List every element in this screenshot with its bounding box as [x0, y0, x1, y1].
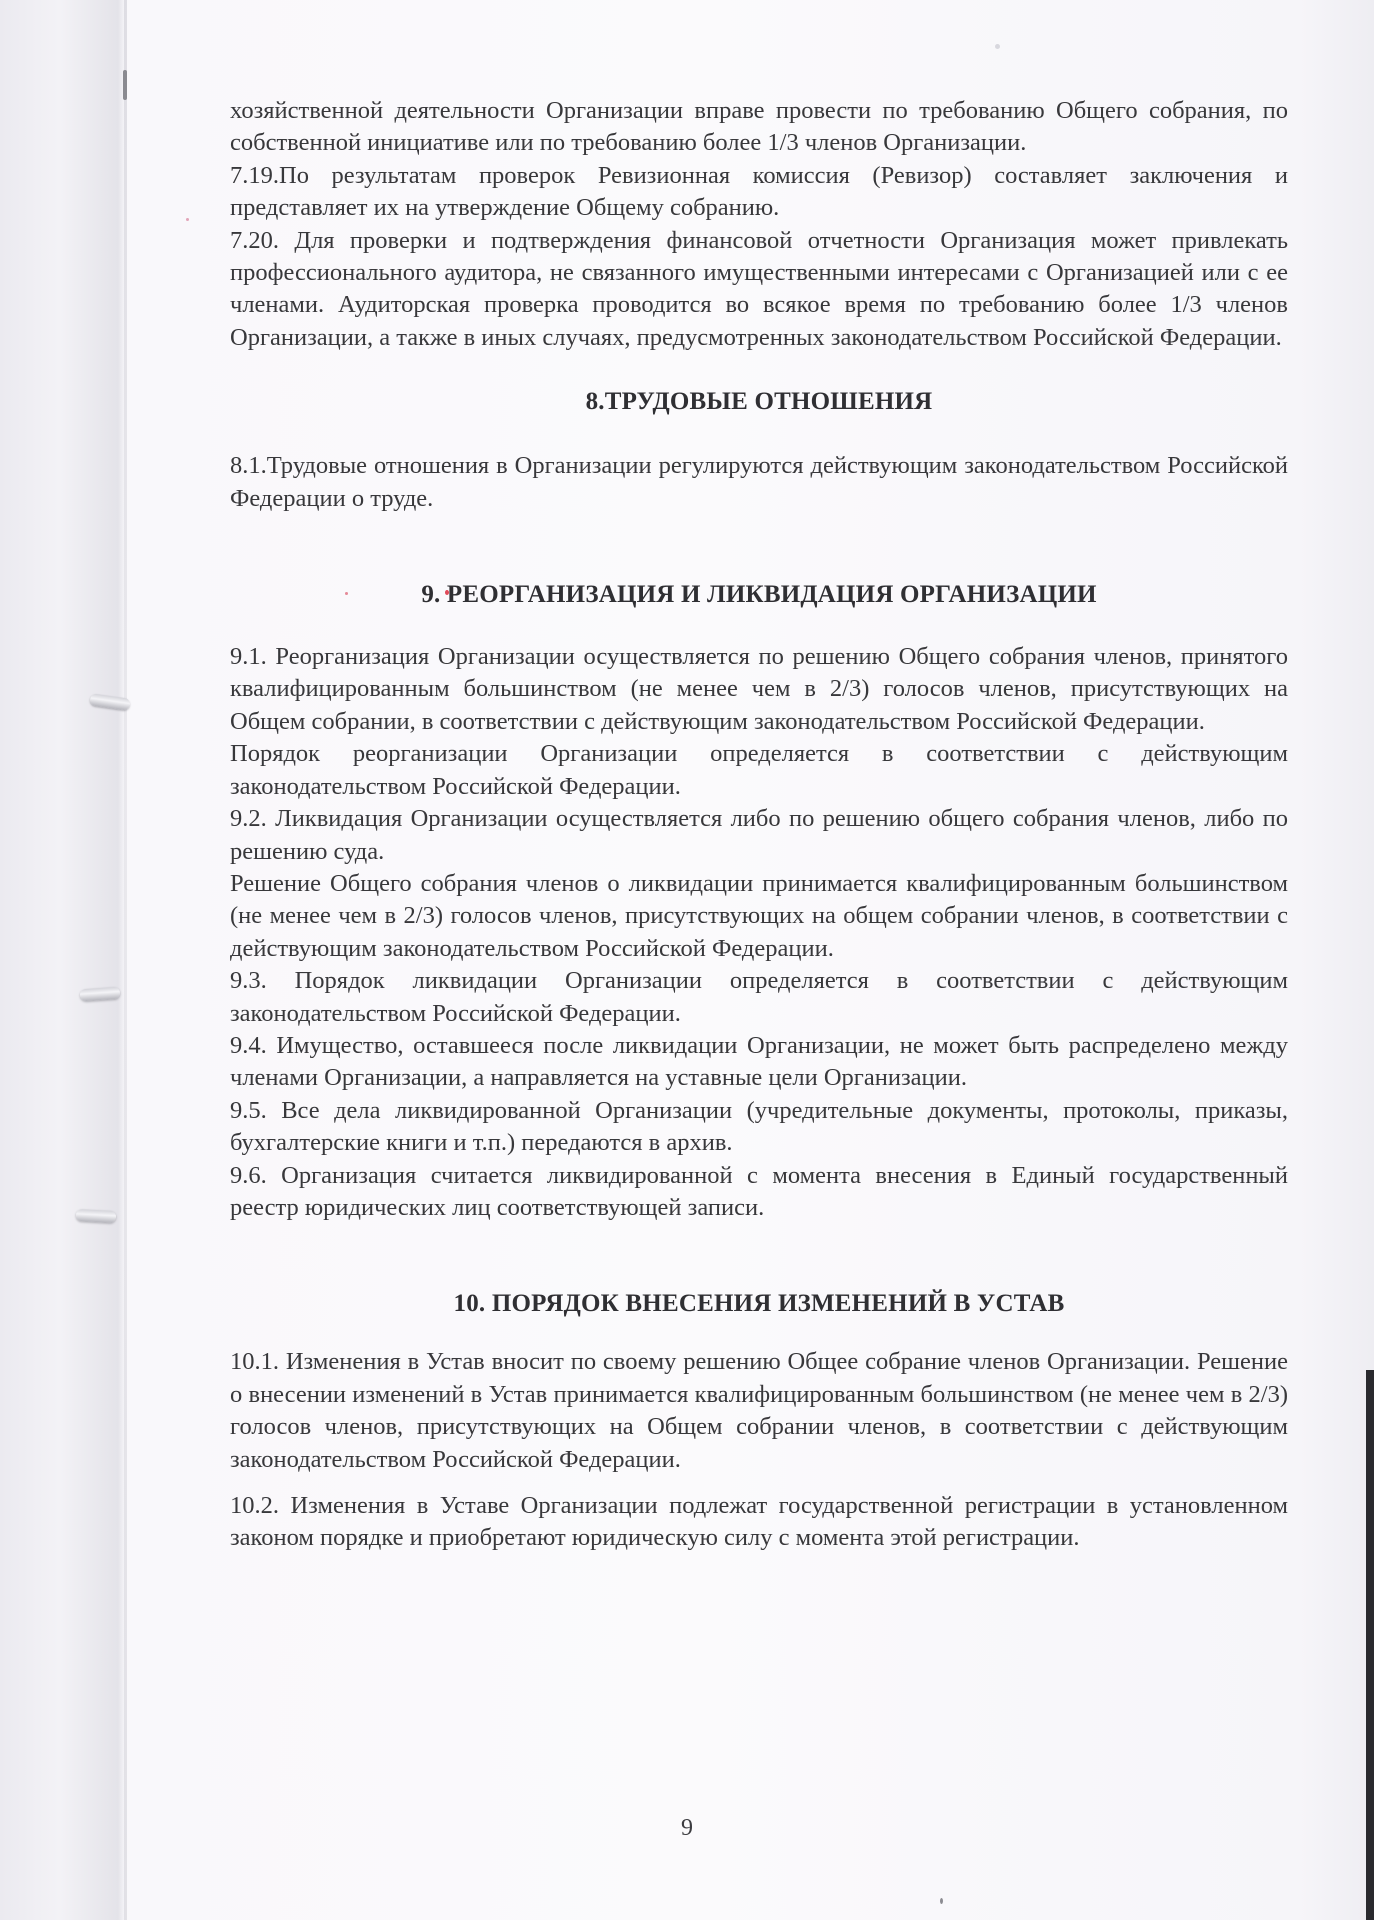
paragraph-9-1: 9.1. Реорганизация Организации осуществл…	[230, 641, 1288, 738]
binding-fold-line	[124, 0, 127, 1920]
paragraph-9-2: 9.2. Ликвидация Организации осуществляет…	[230, 803, 1288, 868]
paragraph-spacer	[230, 1476, 1288, 1490]
paragraph-10-2: 10.2. Изменения в Уставе Организации под…	[230, 1490, 1288, 1555]
paragraph-9-2-decision: Решение Общего собрания членов о ликвида…	[230, 868, 1288, 965]
section-heading-8: 8.ТРУДОВЫЕ ОТНОШЕНИЯ	[230, 388, 1288, 416]
paragraph-9-4: 9.4. Имущество, оставшееся после ликвида…	[230, 1030, 1288, 1095]
section-heading-9: 9. РЕОРГАНИЗАЦИЯ И ЛИКВИДАЦИЯ ОРГАНИЗАЦИ…	[230, 581, 1288, 609]
paragraph-7-20: 7.20. Для проверки и подтверждения финан…	[230, 225, 1288, 355]
binding-stitch	[76, 1209, 117, 1223]
section-heading-10: 10. ПОРЯДОК ВНЕСЕНИЯ ИЗМЕНЕНИЙ В УСТАВ	[230, 1290, 1288, 1318]
paragraph-9-6: 9.6. Организация считается ликвидированн…	[230, 1160, 1288, 1225]
ink-speck	[186, 218, 189, 221]
paragraph-8-1: 8.1.Трудовые отношения в Организации рег…	[230, 450, 1288, 515]
paragraph-10-1: 10.1. Изменения в Устав вносит по своему…	[230, 1346, 1288, 1476]
paragraph-9-5: 9.5. Все дела ликвидированной Организаци…	[230, 1095, 1288, 1160]
dust-speck	[995, 44, 1000, 49]
page-number: 9	[0, 1815, 1374, 1842]
binding-mark	[123, 70, 127, 100]
paragraph-9-3: 9.3. Порядок ликвидации Организации опре…	[230, 965, 1288, 1030]
paragraph-7-18-continuation: хозяйственной деятельности Организации в…	[230, 95, 1288, 160]
document-page: хозяйственной деятельности Организации в…	[230, 95, 1288, 1555]
paragraph-9-1-reorganization-order: Порядок реорганизации Организации опреде…	[230, 738, 1288, 803]
paragraph-7-19: 7.19.По результатам проверок Ревизионная…	[230, 160, 1288, 225]
dust-speck	[940, 1898, 943, 1904]
